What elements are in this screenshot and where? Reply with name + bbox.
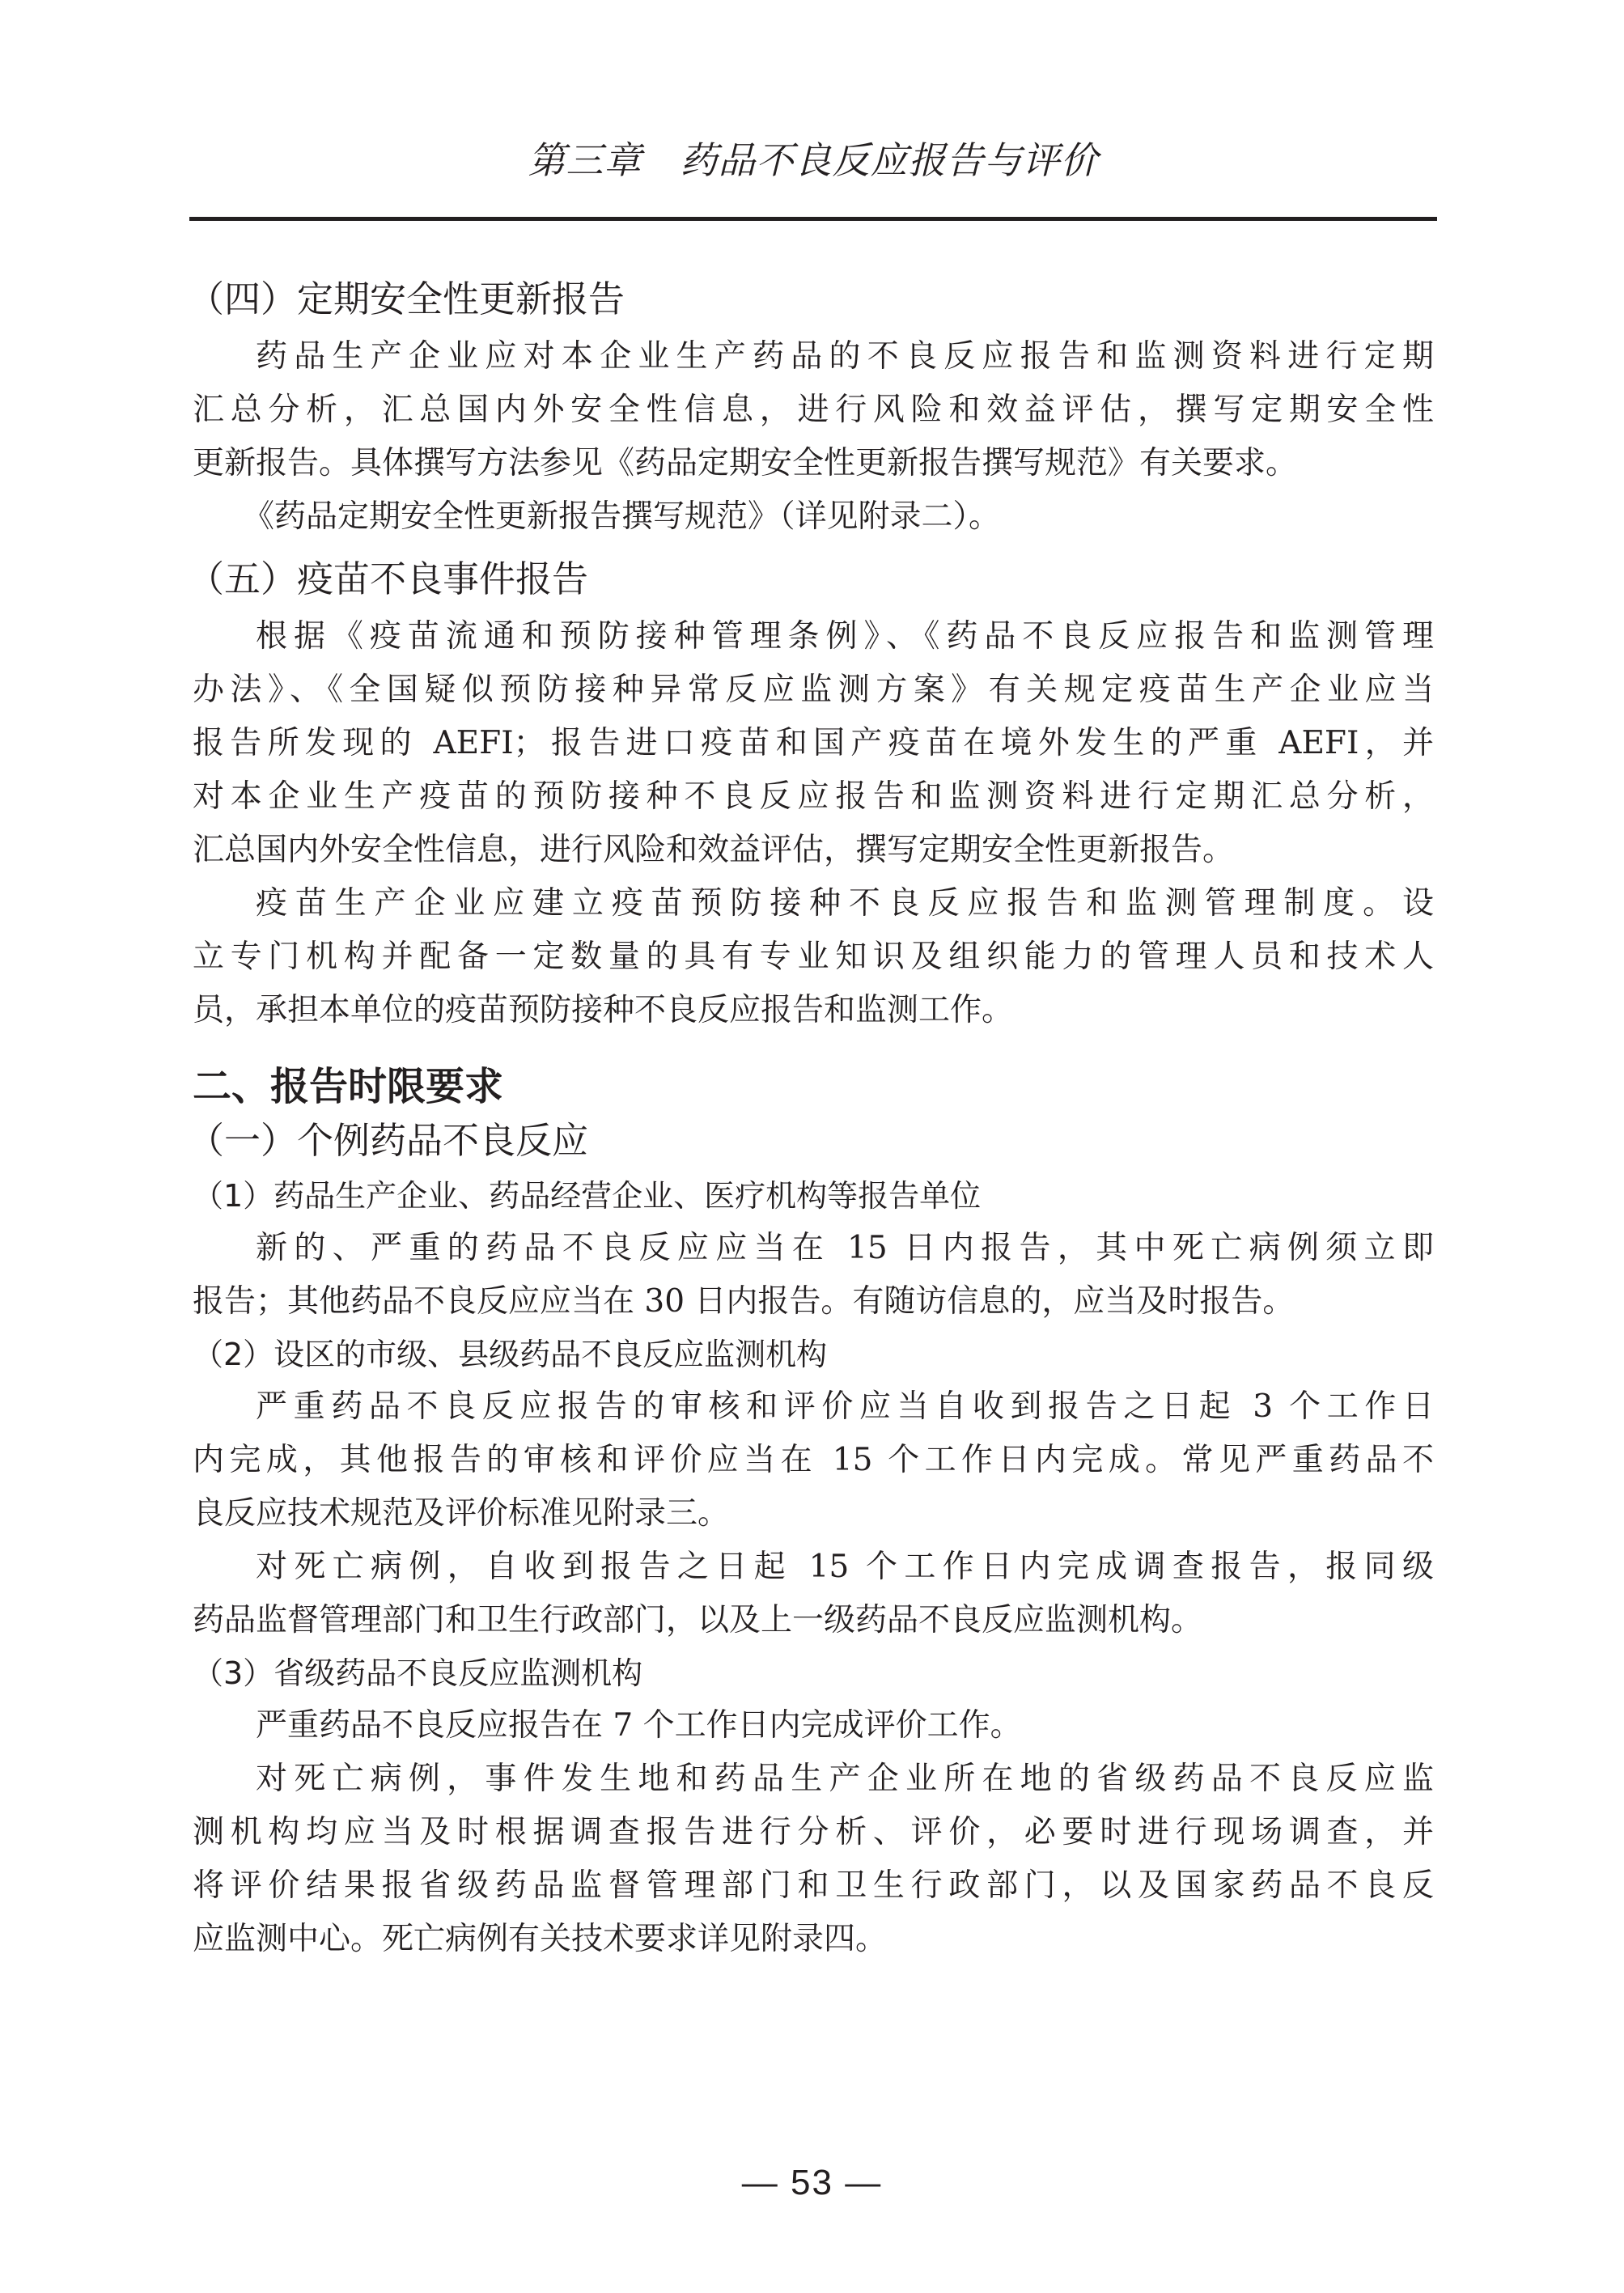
paragraph: 新的、严重的药品不良反应应当在 15 日内报告，其中死亡病例须立即 报告；其他药… <box>193 1222 1434 1329</box>
page-number: — 53 — <box>0 2160 1624 2206</box>
paragraph: 严重药品不良反应报告的审核和评价应当自收到报告之日起 3 个工作日 内完成，其他… <box>193 1380 1434 1541</box>
text-line: 报告；其他药品不良反应应当在 30 日内报告。有随访信息的，应当及时报告。 <box>193 1275 1434 1329</box>
paragraph: 《药品定期安全性更新报告撰写规范》（详见附录二）。 <box>193 490 1434 544</box>
paragraph: 对死亡病例，自收到报告之日起 15 个工作日内完成调查报告，报同级 药品监督管理… <box>193 1541 1434 1647</box>
header-rule <box>189 217 1437 221</box>
section-heading-vaccine-adverse-events: （五）疫苗不良事件报告 <box>188 555 1434 604</box>
text-line: 办法》、《全国疑似预防接种异常反应监测方案》有关规定疫苗生产企业应当 <box>193 663 1434 717</box>
text-line: 测机构均应当及时根据调查报告进行分析、评价，必要时进行现场调查，并 <box>193 1806 1434 1859</box>
text-line: 汇总分析，汇总国内外安全性信息，进行风险和效益评估，撰写定期安全性 <box>193 384 1434 437</box>
text-line: 更新报告。具体撰写方法参见《药品定期安全性更新报告撰写规范》有关要求。 <box>193 437 1434 490</box>
text-line: 药品监督管理部门和卫生行政部门，以及上一级药品不良反应监测机构。 <box>193 1594 1434 1647</box>
item-heading-provincial-monitoring: （3）省级药品不良反应监测机构 <box>193 1649 1434 1697</box>
document-page: 第三章 药品不良反应报告与评价 （四）定期安全性更新报告 药品生产企业应对本企业… <box>0 0 1624 2293</box>
text-line: 严重药品不良反应报告在 7 个工作日内完成评价工作。 <box>193 1699 1434 1753</box>
section-heading-individual-adr: （一）个例药品不良反应 <box>188 1117 1434 1165</box>
running-header-chapter-title: 第三章 药品不良反应报告与评价 <box>189 136 1437 184</box>
text-line: 《药品定期安全性更新报告撰写规范》（详见附录二）。 <box>193 490 1434 544</box>
text-line: 应监测中心。死亡病例有关技术要求详见附录四。 <box>193 1913 1434 1966</box>
text-line: 药品生产企业应对本企业生产药品的不良反应报告和监测资料进行定期 <box>193 330 1434 384</box>
text-line: 内完成，其他报告的审核和评价应当在 15 个工作日内完成。常见严重药品不 <box>193 1434 1434 1487</box>
paragraph: 根据《疫苗流通和预防接种管理条例》、《药品不良反应报告和监测管理 办法》、《全国… <box>193 610 1434 877</box>
text-line: 良反应技术规范及评价标准见附录三。 <box>193 1487 1434 1541</box>
text-line: 疫苗生产企业应建立疫苗预防接种不良反应报告和监测管理制度。设 <box>193 877 1434 930</box>
item-heading-city-county-monitoring: （2）设区的市级、县级药品不良反应监测机构 <box>193 1330 1434 1379</box>
text-line: 报告所发现的 AEFI；报告进口疫苗和国产疫苗在境外发生的严重 AEFI，并 <box>193 717 1434 770</box>
text-line: 立专门机构并配备一定数量的具有专业知识及组织能力的管理人员和技术人 <box>193 930 1434 984</box>
text-line: 将评价结果报省级药品监督管理部门和卫生行政部门，以及国家药品不良反 <box>193 1859 1434 1913</box>
text-line: 严重药品不良反应报告的审核和评价应当自收到报告之日起 3 个工作日 <box>193 1380 1434 1434</box>
paragraph: 对死亡病例，事件发生地和药品生产企业所在地的省级药品不良反应监 测机构均应当及时… <box>193 1753 1434 1966</box>
section-heading-periodic-safety-update: （四）定期安全性更新报告 <box>188 275 1434 324</box>
text-line: 新的、严重的药品不良反应应当在 15 日内报告，其中死亡病例须立即 <box>193 1222 1434 1275</box>
text-line: 对死亡病例，自收到报告之日起 15 个工作日内完成调查报告，报同级 <box>193 1541 1434 1594</box>
paragraph: 严重药品不良反应报告在 7 个工作日内完成评价工作。 <box>193 1699 1434 1753</box>
item-heading-reporting-units: （1）药品生产企业、药品经营企业、医疗机构等报告单位 <box>193 1172 1434 1220</box>
chapter-section-heading-reporting-deadlines: 二、报告时限要求 <box>193 1062 1434 1112</box>
paragraph: 疫苗生产企业应建立疫苗预防接种不良反应报告和监测管理制度。设 立专门机构并配备一… <box>193 877 1434 1037</box>
text-line: 对本企业生产疫苗的预防接种不良反应报告和监测资料进行定期汇总分析， <box>193 770 1434 824</box>
text-line: 对死亡病例，事件发生地和药品生产企业所在地的省级药品不良反应监 <box>193 1753 1434 1806</box>
text-line: 根据《疫苗流通和预防接种管理条例》、《药品不良反应报告和监测管理 <box>193 610 1434 663</box>
text-line: 员，承担本单位的疫苗预防接种不良反应报告和监测工作。 <box>193 984 1434 1037</box>
page-content: （四）定期安全性更新报告 药品生产企业应对本企业生产药品的不良反应报告和监测资料… <box>193 275 1434 1966</box>
text-line: 汇总国内外安全性信息，进行风险和效益评估，撰写定期安全性更新报告。 <box>193 824 1434 877</box>
paragraph: 药品生产企业应对本企业生产药品的不良反应报告和监测资料进行定期 汇总分析，汇总国… <box>193 330 1434 490</box>
